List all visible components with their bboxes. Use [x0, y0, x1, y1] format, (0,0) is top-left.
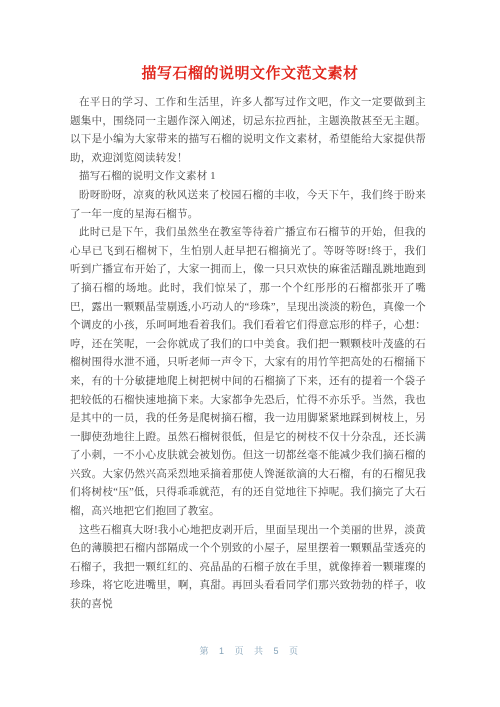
document-page: 描写石榴的说明文作文范文素材 在平日的学习、工作和生活里，许多人都写过作文吧，作…	[0, 0, 500, 707]
section-heading: 描写石榴的说明文作文素材 1	[70, 168, 426, 187]
paragraph-intro: 在平日的学习、工作和生活里，许多人都写过作文吧，作文一定要做到主题集中，围绕同一…	[70, 94, 426, 168]
paragraph: 盼呀盼呀，凉爽的秋风送来了校园石榴的丰收，今天下午，我们终于盼来了一年一度的星海…	[70, 187, 426, 224]
paragraph: 这些石榴真大呀!我小心地把皮剥开后，里面呈现出一个美丽的世界，淡黄色的薄膜把石榴…	[70, 522, 426, 615]
document-title: 描写石榴的说明文作文范文素材	[0, 0, 500, 83]
paragraph: 此时已是下午，我们虽然坐在教室等待着广播宣布石榴节的开始，但我的心早已飞到石榴树…	[70, 224, 426, 522]
document-body: 在平日的学习、工作和生活里，许多人都写过作文吧，作文一定要做到主题集中，围绕同一…	[70, 94, 426, 615]
page-number-footer: 第 1 页 共 5 页	[0, 644, 500, 657]
